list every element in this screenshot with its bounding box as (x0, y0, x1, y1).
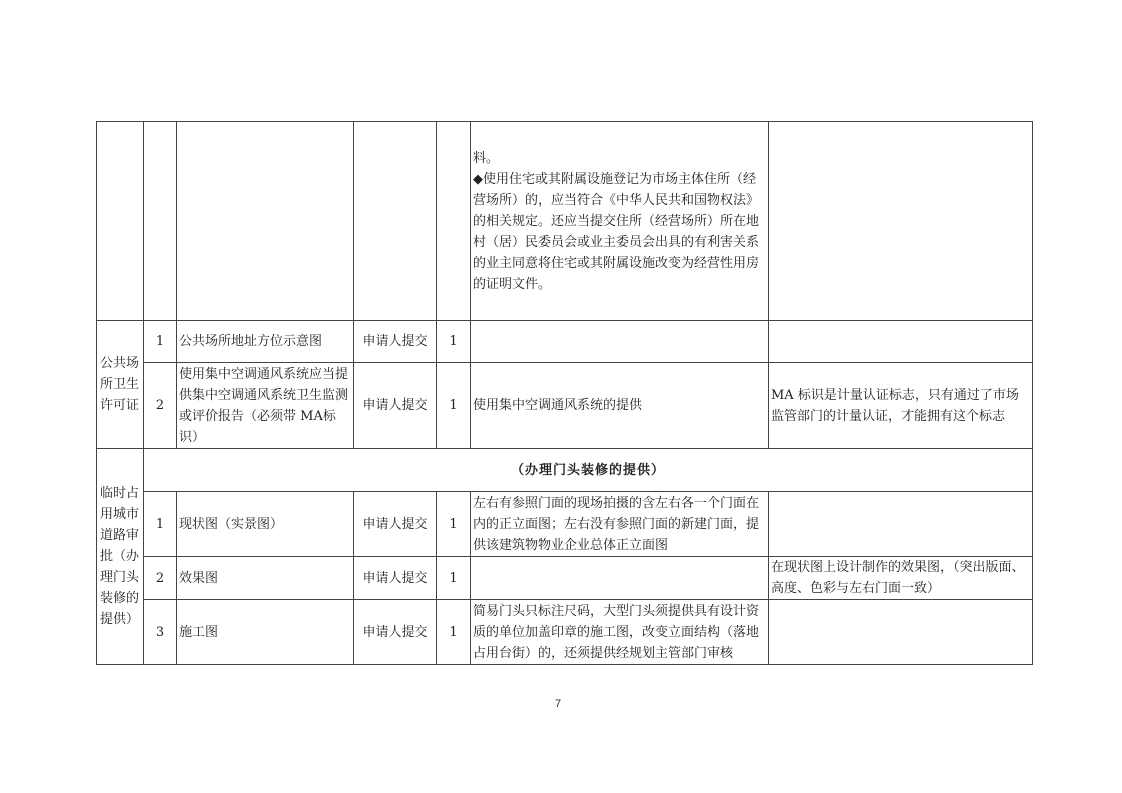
quantity-cell: 1 (437, 363, 471, 449)
requirement-cell (471, 321, 769, 363)
quantity-cell (437, 122, 471, 321)
table-row-continuation: 料。 ◆使用住宅或其附属设施登记为市场主体住所（经营场所）的，应当符合《中华人民… (97, 122, 1033, 321)
note-cell (769, 492, 1033, 557)
table-row: 公共场所卫生许可证 1 公共场所地址方位示意图 申请人提交 1 (97, 321, 1033, 363)
requirement-cell: 左右有参照门面的现场拍摄的含左右各一个门面在内的正立面图；左右没有参照门面的新建… (471, 492, 769, 557)
material-name-cell: 施工图 (177, 600, 354, 665)
number-cell: 1 (144, 492, 177, 557)
quantity-cell: 1 (437, 492, 471, 557)
document-page: 料。 ◆使用住宅或其附属设施登记为市场主体住所（经营场所）的，应当符合《中华人民… (0, 0, 1122, 793)
table-row-section: 临时占用城市道路审批（办理门头装修的提供） （办理门头装修的提供） (97, 449, 1033, 492)
source-cell: 申请人提交 (354, 363, 437, 449)
number-cell: 3 (144, 600, 177, 665)
requirement-line: 料。 (473, 148, 766, 169)
requirement-cell: 简易门头只标注尺码，大型门头须提供具有设计资质的单位加盖印章的施工图，改变立面结… (471, 600, 769, 665)
number-cell (144, 122, 177, 321)
note-cell (769, 321, 1033, 363)
number-cell: 1 (144, 321, 177, 363)
number-cell: 2 (144, 557, 177, 600)
table-row: 2 效果图 申请人提交 1 在现状图上设计制作的效果图，（突出版面、高度、色彩与… (97, 557, 1033, 600)
material-name-cell: 使用集中空调通风系统应当提供集中空调通风系统卫生监测或评价报告（必须带 MA标识… (177, 363, 354, 449)
requirement-line: ◆使用住宅或其附属设施登记为市场主体住所（经营场所）的，应当符合《中华人民共和国… (473, 169, 766, 295)
section-title: （办理门头装修的提供） (144, 449, 1033, 492)
source-cell (354, 122, 437, 321)
category-cell: 公共场所卫生许可证 (97, 321, 144, 449)
page-number: 7 (555, 698, 561, 710)
note-cell (769, 600, 1033, 665)
table-row: 1 现状图（实景图） 申请人提交 1 左右有参照门面的现场拍摄的含左右各一个门面… (97, 492, 1033, 557)
material-name-cell (177, 122, 354, 321)
note-cell: 在现状图上设计制作的效果图，（突出版面、高度、色彩与左右门面一致） (769, 557, 1033, 600)
material-name-cell: 效果图 (177, 557, 354, 600)
requirement-cell: 料。 ◆使用住宅或其附属设施登记为市场主体住所（经营场所）的，应当符合《中华人民… (471, 122, 769, 321)
source-cell: 申请人提交 (354, 600, 437, 665)
material-name-cell: 公共场所地址方位示意图 (177, 321, 354, 363)
requirement-cell (471, 557, 769, 600)
quantity-cell: 1 (437, 557, 471, 600)
table-row: 2 使用集中空调通风系统应当提供集中空调通风系统卫生监测或评价报告（必须带 MA… (97, 363, 1033, 449)
source-cell: 申请人提交 (354, 492, 437, 557)
quantity-cell: 1 (437, 600, 471, 665)
materials-table: 料。 ◆使用住宅或其附属设施登记为市场主体住所（经营场所）的，应当符合《中华人民… (96, 121, 1033, 665)
source-cell: 申请人提交 (354, 321, 437, 363)
note-cell (769, 122, 1033, 321)
material-name-cell: 现状图（实景图） (177, 492, 354, 557)
quantity-cell: 1 (437, 321, 471, 363)
requirement-cell: 使用集中空调通风系统的提供 (471, 363, 769, 449)
category-cell (97, 122, 144, 321)
category-cell: 临时占用城市道路审批（办理门头装修的提供） (97, 449, 144, 665)
number-cell: 2 (144, 363, 177, 449)
note-cell: MA 标识是计量认证标志，只有通过了市场监管部门的计量认证，才能拥有这个标志 (769, 363, 1033, 449)
table-row: 3 施工图 申请人提交 1 简易门头只标注尺码，大型门头须提供具有设计资质的单位… (97, 600, 1033, 665)
source-cell: 申请人提交 (354, 557, 437, 600)
